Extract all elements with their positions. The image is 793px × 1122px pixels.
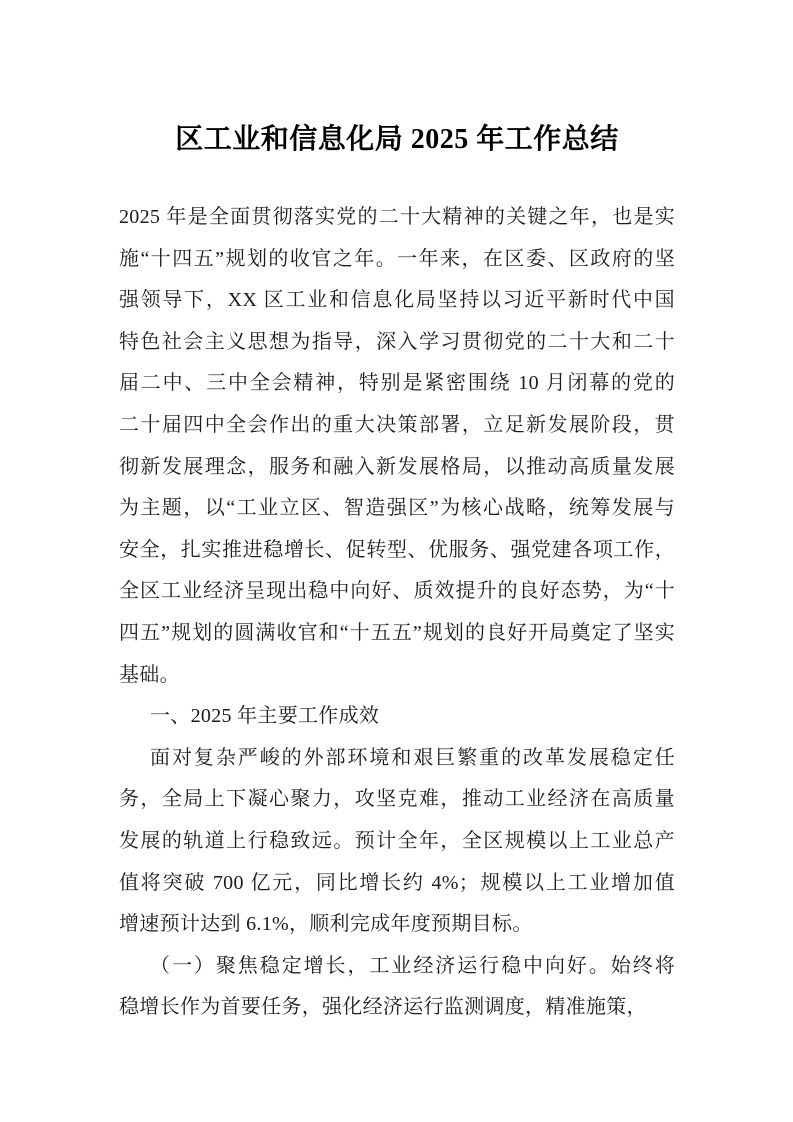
- text-line: 发展的轨道上行稳致远。预计全年，全区规模以上工业总产: [119, 821, 675, 863]
- text-line: 施“十四五”规划的收官之年。一年来，在区委、区政府的坚: [119, 239, 675, 281]
- text-line: 四五”规划的圆满收官和“十五五”规划的良好开局奠定了坚实: [119, 613, 675, 655]
- section-1-heading: 一、2025 年主要工作成效: [119, 696, 675, 738]
- text-line: 全区工业经济呈现出稳中向好、质效提升的良好态势，为“十: [119, 571, 675, 613]
- intro-paragraph: 2025 年是全面贯彻落实党的二十大精神的关键之年，也是实施“十四五”规划的收官…: [119, 197, 675, 696]
- text-line: 一、2025 年主要工作成效: [119, 696, 675, 738]
- text-line: 增速预计达到 6.1%，顺利完成年度预期目标。: [119, 904, 675, 946]
- text-line: 安全，扎实推进稳增长、促转型、优服务、强党建各项工作，: [119, 530, 675, 572]
- document-page: 区工业和信息化局 2025 年工作总结 2025 年是全面贯彻落实党的二十大精神…: [0, 0, 793, 1122]
- text-line: 面对复杂严峻的外部环境和艰巨繁重的改革发展稳定任: [119, 738, 675, 780]
- document-body: 2025 年是全面贯彻落实党的二十大精神的关键之年，也是实施“十四五”规划的收官…: [119, 197, 675, 1029]
- text-line: 特色社会主义思想为指导，深入学习贯彻党的二十大和二十: [119, 322, 675, 364]
- text-line: 为主题，以“工业立区、智造强区”为核心战略，统筹发展与: [119, 488, 675, 530]
- text-line: 二十届四中全会作出的重大决策部署，立足新发展阶段，贯: [119, 405, 675, 447]
- text-line: 届二中、三中全会精神，特别是紧密围绕 10 月闭幕的党的: [119, 363, 675, 405]
- text-line: 务，全局上下凝心聚力，攻坚克难，推动工业经济在高质量: [119, 779, 675, 821]
- text-line: 强领导下，XX 区工业和信息化局坚持以习近平新时代中国: [119, 280, 675, 322]
- text-line: 彻新发展理念，服务和融入新发展格局，以推动高质量发展: [119, 447, 675, 489]
- text-line: 基础。: [119, 655, 675, 697]
- text-line: 值将突破 700 亿元，同比增长约 4%；规模以上工业增加值: [119, 863, 675, 905]
- item-1-paragraph: （一）聚焦稳定增长，工业经济运行稳中向好。始终将稳增长作为首要任务，强化经济运行…: [119, 946, 675, 1029]
- text-line: （一）聚焦稳定增长，工业经济运行稳中向好。始终将: [119, 946, 675, 988]
- section-1-overview-paragraph: 面对复杂严峻的外部环境和艰巨繁重的改革发展稳定任务，全局上下凝心聚力，攻坚克难，…: [119, 738, 675, 946]
- text-line: 2025 年是全面贯彻落实党的二十大精神的关键之年，也是实: [119, 197, 675, 239]
- text-line: 稳增长作为首要任务，强化经济运行监测调度，精准施策，: [119, 987, 675, 1029]
- document-title: 区工业和信息化局 2025 年工作总结: [119, 120, 675, 160]
